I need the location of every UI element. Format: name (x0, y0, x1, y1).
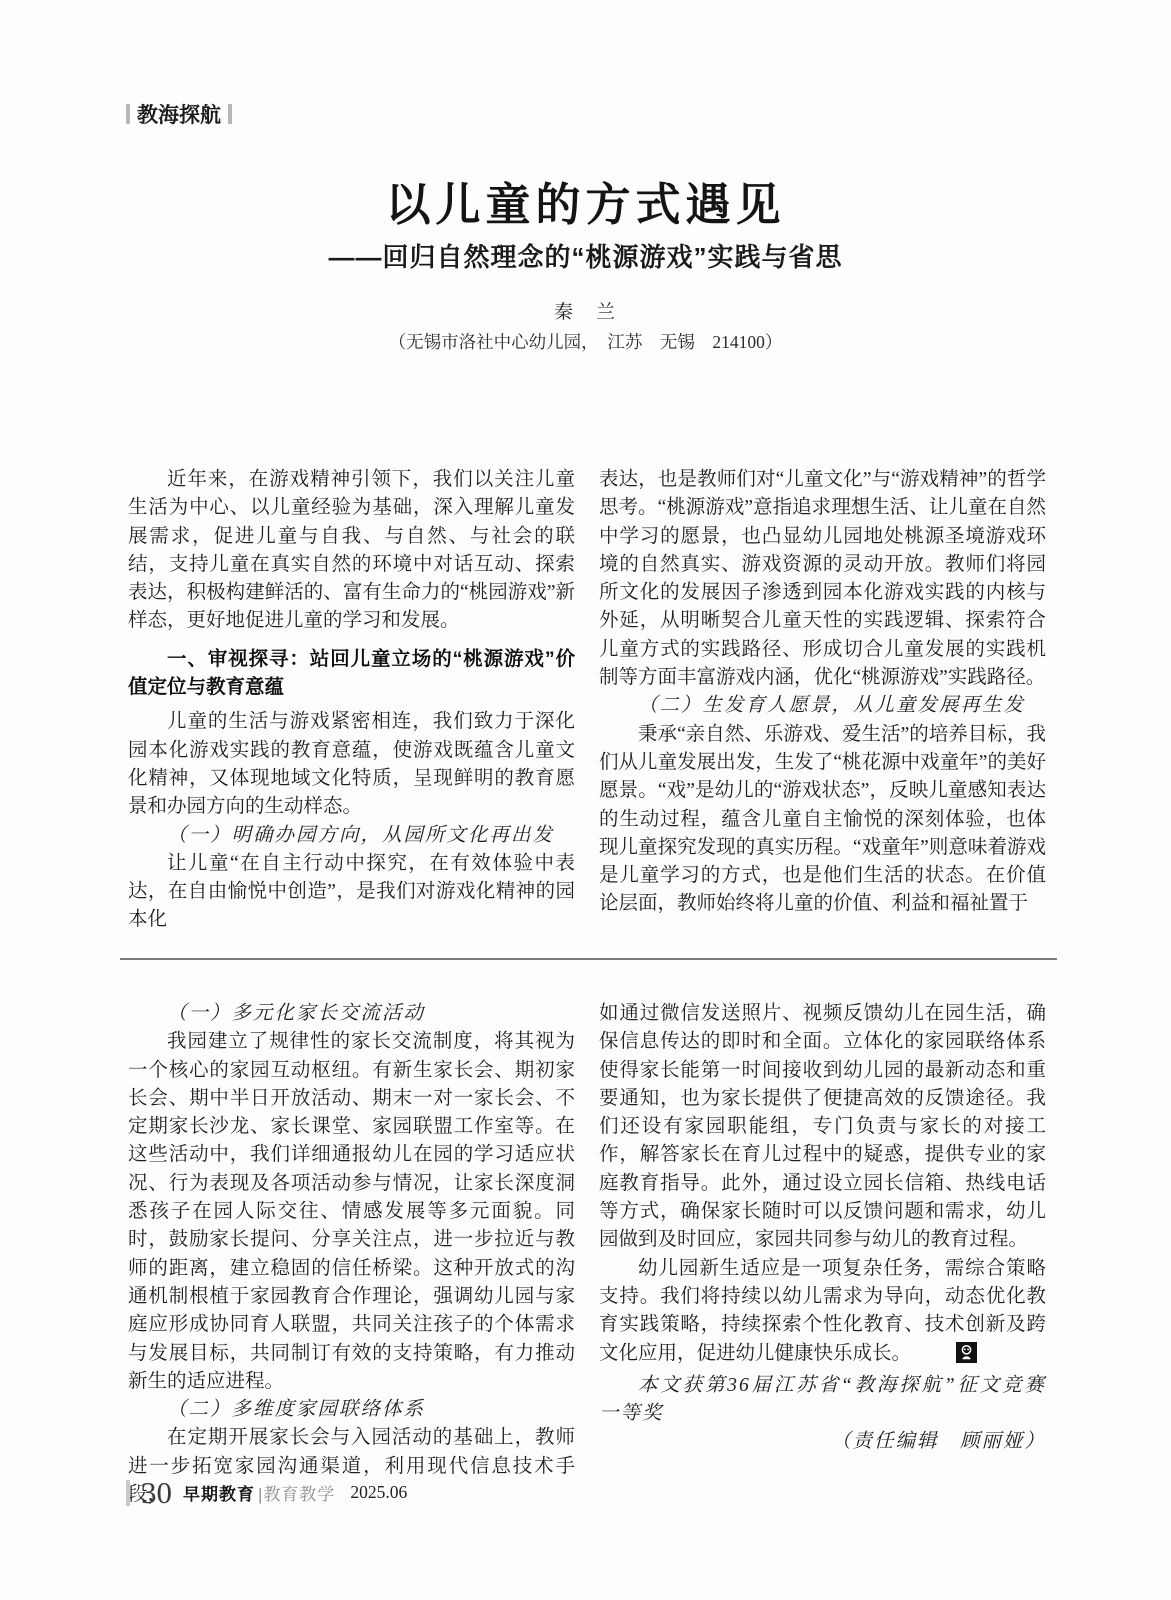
journal-section: |教育教学 (258, 1480, 335, 1505)
page-footer: 30 早期教育 |教育教学 2025.06 (126, 1477, 407, 1508)
author-affiliation: （无锡市洛社中心幼儿园， 江苏 无锡 214100） (0, 329, 1171, 354)
article-subtitle: ——回归自然理念的“桃源游戏”实践与省思 (0, 237, 1171, 274)
paragraph: 秉承“亲自然、乐游戏、爱生活”的培养目标，我们从儿童发展出发，生发了“桃花源中戏… (599, 721, 1046, 919)
lower-right-column: 如通过微信发送照片、视频反馈幼儿在园生活，确保信息传达的即时和全面。立体化的家园… (599, 1000, 1046, 1509)
sub-heading: （二）生发育人愿景，从儿童发展再生发 (599, 692, 1046, 720)
paragraph: 让儿童“在自主行动中探究，在有效体验中表达，在自由愉悦中创造”，是我们对游戏化精… (128, 850, 575, 935)
footer-bar-icon (126, 1480, 130, 1506)
article-end-mark-icon (917, 1342, 977, 1372)
journal-tag-label: 教海探航 (137, 99, 221, 129)
sub-heading: （一）明确办园方向，从园所文化再出发 (128, 822, 575, 850)
section-heading: 一、审视探寻：站回儿童立场的“桃源游戏”价值定位与教育意蕴 (128, 645, 575, 702)
article-page: 教海探航 以儿童的方式遇见 ——回归自然理念的“桃源游戏”实践与省思 秦 兰 （… (0, 0, 1171, 1600)
tag-right-bar-icon (228, 104, 232, 124)
paragraph-text: 幼儿园新生适应是一项复杂任务，需综合策略支持。我们将持续以幼儿需求为导向，动态优… (599, 1258, 1046, 1364)
journal-name: 早期教育 (183, 1480, 255, 1505)
responsible-editor: （责任编辑 顾丽娅） (599, 1428, 1046, 1456)
sub-heading: （一）多元化家长交流活动 (128, 1000, 575, 1028)
paragraph: 如通过微信发送照片、视频反馈幼儿在园生活，确保信息传达的即时和全面。立体化的家园… (599, 1000, 1046, 1255)
paragraph: 表达，也是教师们对“儿童文化”与“游戏精神”的哲学思考。“桃源游戏”意指追求理想… (599, 466, 1046, 692)
issue-number: 2025.06 (350, 1482, 407, 1503)
upper-right-column: 表达，也是教师们对“儿童文化”与“游戏精神”的哲学思考。“桃源游戏”意指追求理想… (599, 466, 1046, 935)
award-note: 本文获第36届江苏省“教海探航”征文竞赛一等奖 (599, 1372, 1046, 1429)
article-title: 以儿童的方式遇见 (0, 168, 1171, 233)
paragraph: 近年来，在游戏精神引领下，我们以关注儿童生活为中心、以儿童经验为基础，深入理解儿… (128, 466, 575, 636)
section-divider-rule (120, 958, 1057, 960)
paragraph: 幼儿园新生适应是一项复杂任务，需综合策略支持。我们将持续以幼儿需求为导向，动态优… (599, 1255, 1046, 1372)
paragraph: 儿童的生活与游戏紧密相连，我们致力于深化园本化游戏实践的教育意蕴，使游戏既蕴含儿… (128, 708, 575, 821)
author-name: 秦 兰 (0, 297, 1171, 324)
upper-text-section: 近年来，在游戏精神引领下，我们以关注儿童生活为中心、以儿童经验为基础，深入理解儿… (128, 466, 1046, 935)
lower-left-column: （一）多元化家长交流活动 我园建立了规律性的家长交流制度，将其视为一个核心的家园… (128, 1000, 575, 1509)
lower-text-section: （一）多元化家长交流活动 我园建立了规律性的家长交流制度，将其视为一个核心的家园… (128, 1000, 1046, 1509)
sub-heading: （二）多维度家园联络体系 (128, 1396, 575, 1424)
tag-left-bar-icon (126, 104, 130, 124)
upper-left-column: 近年来，在游戏精神引领下，我们以关注儿童生活为中心、以儿童经验为基础，深入理解儿… (128, 466, 575, 935)
page-number: 30 (141, 1477, 172, 1508)
paragraph: 我园建立了规律性的家长交流制度，将其视为一个核心的家园互动枢纽。有新生家长会、期… (128, 1028, 575, 1396)
journal-column-tag: 教海探航 (126, 99, 232, 129)
